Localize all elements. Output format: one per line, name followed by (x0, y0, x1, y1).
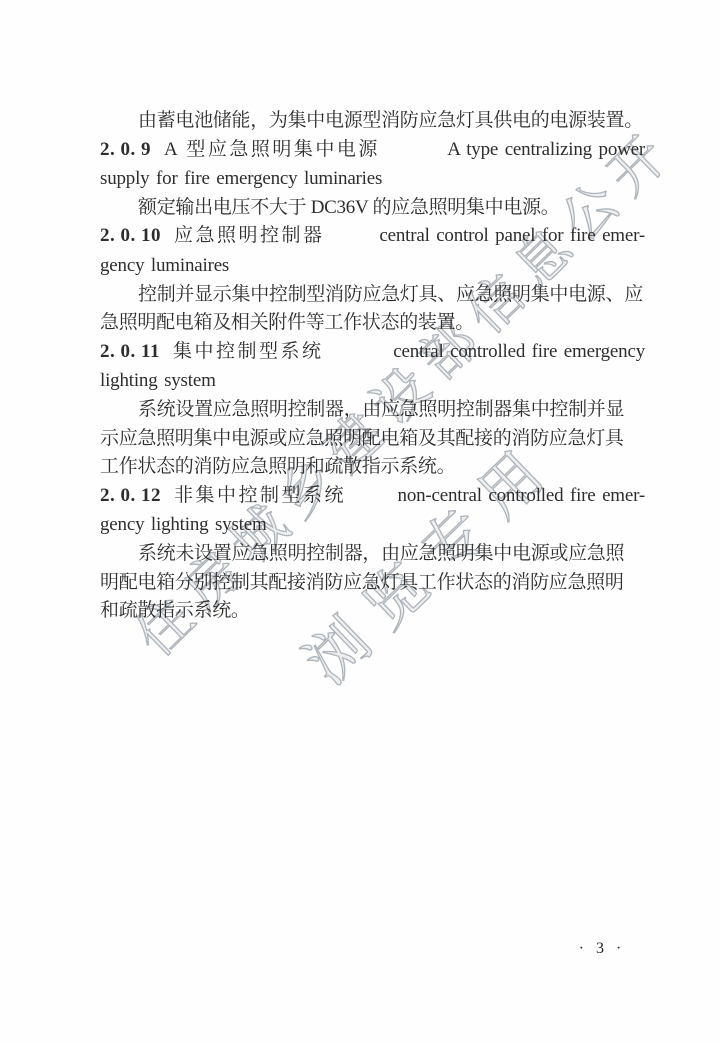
term-number: 2. 0. 11 (100, 341, 160, 362)
term-left: 2. 0. 11集中控制型系统 (100, 338, 323, 368)
term-english-line1: non-central controlled fire emer- (398, 482, 645, 511)
term-left: 2. 0. 10应急照明控制器 (100, 222, 325, 252)
term-heading-2-0-10: 2. 0. 10应急照明控制器 central control panel fo… (100, 222, 645, 252)
term-left: 2. 0. 9A 型应急照明集中电源 (100, 136, 380, 166)
term-number: 2. 0. 9 (100, 139, 151, 160)
term-heading-2-0-11: 2. 0. 11集中控制型系统 central controlled fire … (100, 338, 645, 368)
page-content: 由蓄电池储能，为集中电源型消防应急灯具供电的电源装置。 2. 0. 9A 型应急… (100, 107, 645, 626)
term-english-line1: central control panel for fire emer- (379, 222, 645, 251)
term-english-line2: gency luminaires (100, 252, 645, 281)
term-number: 2. 0. 12 (100, 485, 161, 506)
term-chinese-label: A 型应急照明集中电源 (164, 139, 380, 160)
term-english-line2: supply for fire emergency luminaries (100, 165, 645, 194)
term-definition-paragraph: 额定输出电压不大于 DC36V 的应急照明集中电源。 (100, 194, 645, 223)
page: { "watermark": { "line1": "住房城乡建设部信息公开",… (0, 0, 720, 1043)
term-heading-2-0-12: 2. 0. 12非集中控制型系统 non-central controlled … (100, 482, 645, 512)
term-left: 2. 0. 12非集中控制型系统 (100, 482, 346, 512)
term-chinese-label: 应急照明控制器 (174, 225, 325, 246)
page-number: · 3 · (557, 940, 647, 958)
term-definition-paragraph: 控制并显示集中控制型消防应急灯具、应急照明集中电源、应 急照明配电箱及相关附件等… (100, 281, 645, 338)
term-number: 2. 0. 10 (100, 225, 161, 246)
term-heading-2-0-9: 2. 0. 9A 型应急照明集中电源 A type centralizing p… (100, 136, 645, 166)
term-definition-paragraph: 系统设置应急照明控制器，由应急照明控制器集中控制并显 示应急照明集中电源或应急照… (100, 396, 645, 482)
term-english-line2: gency lighting system (100, 511, 645, 540)
term-chinese-label: 非集中控制型系统 (174, 485, 346, 506)
document-page: 住房城乡建设部信息公开 浏览专用 由蓄电池储能，为集中电源型消防应急灯具供电的电… (0, 0, 720, 1043)
term-definition-paragraph: 系统未设置应急照明控制器，由应急照明集中电源或应急照 明配电箱分别控制其配接消防… (100, 540, 645, 626)
term-chinese-label: 集中控制型系统 (173, 341, 324, 362)
term-english-line2: lighting system (100, 367, 645, 396)
leading-definition-paragraph: 由蓄电池储能，为集中电源型消防应急灯具供电的电源装置。 (100, 107, 645, 136)
term-english-line1: A type centralizing power (447, 136, 645, 165)
term-english-line1: central controlled fire emergency (393, 338, 645, 367)
